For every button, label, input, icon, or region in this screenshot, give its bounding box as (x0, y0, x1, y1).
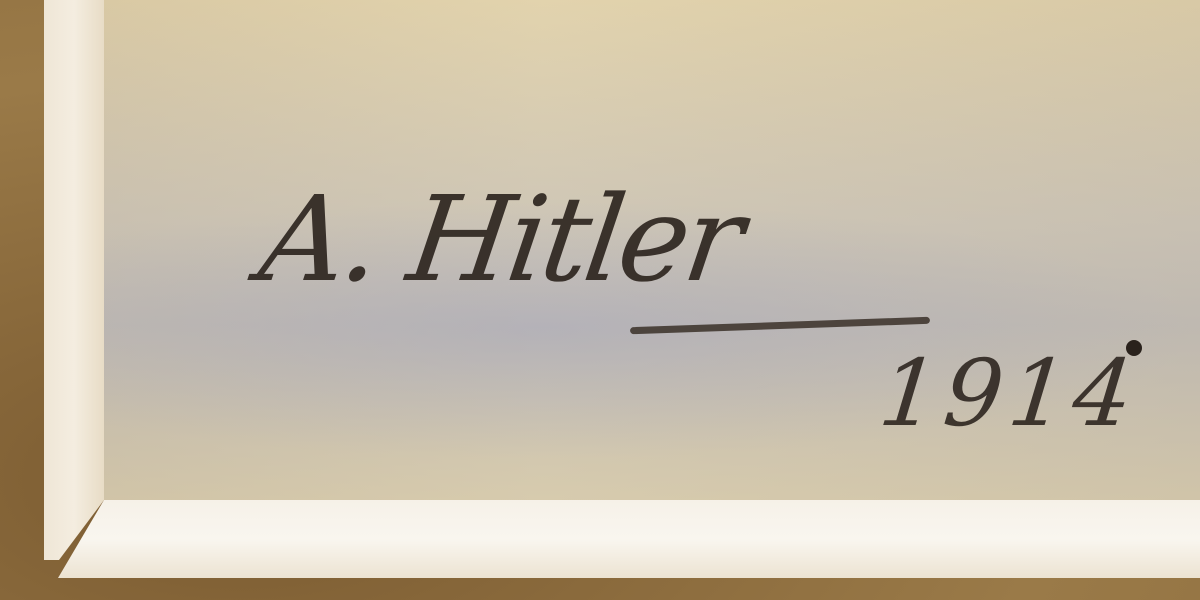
ink-dot (1126, 340, 1142, 356)
mat-board-left (44, 0, 104, 560)
mat-board-bottom (58, 500, 1200, 578)
handwritten-signature: A. Hitler (252, 170, 748, 308)
handwritten-date: 1914 (874, 340, 1143, 447)
